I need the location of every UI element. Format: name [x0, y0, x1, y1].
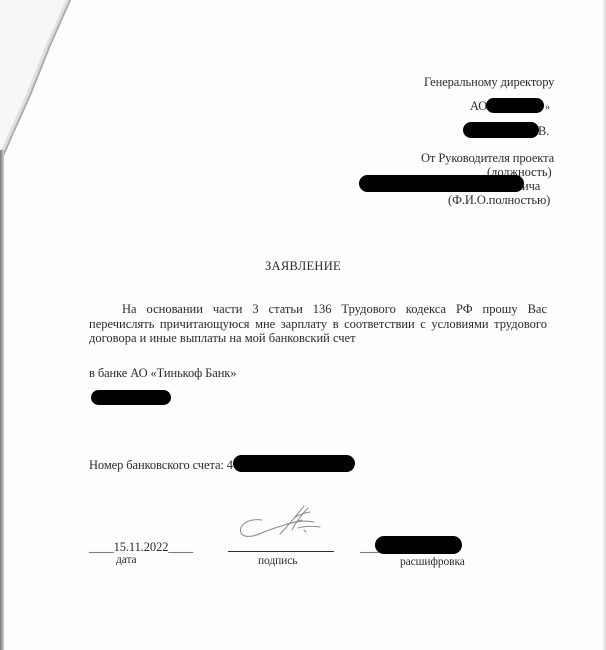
signature-line: [228, 551, 334, 552]
handwritten-signature: [232, 500, 327, 545]
redaction-decoding-name: [375, 536, 462, 554]
redaction-bank-details: [91, 390, 171, 405]
scanned-page: Генеральному директору АО » В. От Руково…: [0, 0, 606, 650]
from-position: От Руководителя проекта: [421, 151, 554, 165]
name-suffix: ича: [522, 179, 540, 193]
redaction-company-name: [486, 98, 544, 113]
account-label: Номер банковского счета: 4: [89, 458, 233, 472]
name-hint: (Ф.И.О.полностью): [448, 193, 550, 207]
date-label: дата: [116, 553, 137, 567]
signature-label: подпись: [258, 554, 297, 568]
document-title: ЗАЯВЛЕНИЕ: [0, 259, 606, 274]
left-page-edge: [0, 150, 4, 650]
redaction-applicant-name: [359, 175, 524, 192]
company-suffix: »: [545, 101, 550, 115]
director-suffix: В.: [538, 124, 549, 138]
redaction-director-name: [463, 122, 539, 138]
addressee-title: Генеральному директору: [424, 75, 554, 89]
company-prefix: АО: [470, 99, 487, 113]
decoding-label: расшифровка: [400, 555, 465, 569]
bank-line: в банке АО «Тинькоф Банк»: [89, 366, 236, 380]
redaction-account-number: [233, 455, 355, 472]
body-paragraph: На основании части 3 статьи 136 Трудовог…: [89, 302, 547, 346]
date-value: ____15.11.2022____: [89, 540, 193, 554]
